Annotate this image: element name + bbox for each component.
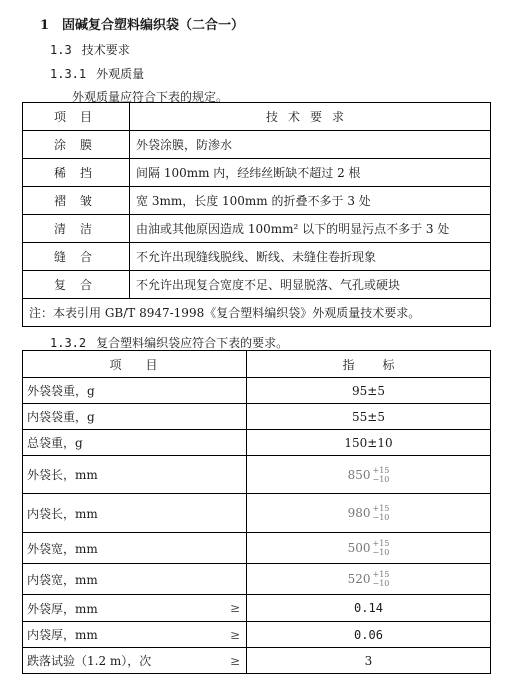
- row-value: 95±5: [247, 378, 491, 404]
- row-item: 外袋袋重，g: [23, 378, 247, 404]
- row-item-label: 内袋厚，mm: [27, 628, 98, 642]
- row-requirement: 外袋涂膜，防渗水: [130, 131, 491, 159]
- row-item-label: 外袋厚，mm: [27, 602, 98, 616]
- appearance-quality-table: 项目 技术要求 涂膜 外袋涂膜，防渗水 稀挡 间隔 100mm 内，经纬丝断缺不…: [22, 102, 491, 327]
- table-note: 注：本表引用 GB/T 8947-1998《复合塑料编织袋》外观质量技术要求。: [23, 299, 491, 327]
- row-item-label: 跌落试验（1.2 m），次: [27, 654, 151, 668]
- table-row: 稀挡 间隔 100mm 内，经纬丝断缺不超过 2 根: [23, 159, 491, 187]
- heading-title: 外观质量: [96, 67, 144, 81]
- section-heading-1: 1固碱复合塑料编织袋（二合一）: [40, 14, 244, 33]
- table-row: 涂膜 外袋涂膜，防渗水: [23, 131, 491, 159]
- heading-title: 技术要求: [82, 43, 130, 57]
- row-value: 150±10: [247, 430, 491, 456]
- row-value: 3: [247, 648, 491, 674]
- header-item-label: 项目: [85, 358, 181, 372]
- table-row: 内袋宽，mm 520+15−10: [23, 564, 491, 595]
- row-item: 外袋厚，mm≥: [23, 595, 247, 622]
- table-row: 外袋袋重，g 95±5: [23, 378, 491, 404]
- table-row: 内袋袋重，g 55±5: [23, 404, 491, 430]
- heading-number: 1.3.2: [50, 336, 86, 350]
- header-item: 项目: [23, 103, 130, 131]
- row-item: 缝合: [23, 243, 130, 271]
- header-item: 项目: [23, 351, 247, 378]
- table-row: 外袋厚，mm≥ 0.14: [23, 595, 491, 622]
- greater-equal-sign: ≥: [230, 628, 240, 642]
- table-row: 外袋宽，mm 500+15−10: [23, 533, 491, 564]
- table-row: 内袋厚，mm≥ 0.06: [23, 622, 491, 648]
- greater-equal-sign: ≥: [230, 601, 240, 615]
- tolerance-plus: +15: [373, 466, 390, 475]
- row-item: 外袋长，mm: [23, 456, 247, 494]
- row-requirement: 不允许出现缝线脱线、断线、未缝住卷折现象: [130, 243, 491, 271]
- row-requirement: 宽 3mm，长度 100mm 的折叠不多于 3 处: [130, 187, 491, 215]
- row-value: 980+15−10: [247, 494, 491, 533]
- row-item: 清洁: [23, 215, 130, 243]
- nominal-value: 500: [348, 541, 371, 555]
- row-item: 外袋宽，mm: [23, 533, 247, 564]
- tolerance-minus: −10: [373, 475, 390, 484]
- tolerance-plus: +15: [373, 570, 390, 579]
- table-row: 内袋长，mm 980+15−10: [23, 494, 491, 533]
- header-value-label: 指标: [314, 358, 422, 372]
- row-value: 0.06: [247, 622, 491, 648]
- nominal-value: 980: [348, 506, 371, 520]
- row-item: 涂膜: [23, 131, 130, 159]
- nominal-value: 850: [348, 468, 371, 482]
- tolerance-minus: −10: [373, 513, 390, 522]
- row-item: 内袋宽，mm: [23, 564, 247, 595]
- tolerance-plus: +15: [373, 504, 390, 513]
- header-requirement: 技术要求: [130, 103, 491, 131]
- table-note-row: 注：本表引用 GB/T 8947-1998《复合塑料编织袋》外观质量技术要求。: [23, 299, 491, 327]
- tolerance-minus: −10: [373, 548, 390, 557]
- heading-number: 1: [40, 18, 62, 33]
- row-value: 500+15−10: [247, 533, 491, 564]
- section-heading-1-3-1: 1.3.1外观质量: [50, 65, 144, 82]
- nominal-value: 520: [348, 572, 371, 586]
- tolerance-minus: −10: [373, 579, 390, 588]
- row-item: 复合: [23, 271, 130, 299]
- table-header-row: 项目 技术要求: [23, 103, 491, 131]
- header-value: 指标: [247, 351, 491, 378]
- table-row: 复合 不允许出现复合宽度不足、明显脱落、气孔或硬块: [23, 271, 491, 299]
- table-row: 总袋重，g 150±10: [23, 430, 491, 456]
- row-value: 55±5: [247, 404, 491, 430]
- row-requirement: 间隔 100mm 内，经纬丝断缺不超过 2 根: [130, 159, 491, 187]
- row-item: 跌落试验（1.2 m），次≥: [23, 648, 247, 674]
- row-item: 稀挡: [23, 159, 130, 187]
- row-item: 内袋厚，mm≥: [23, 622, 247, 648]
- row-value: 520+15−10: [247, 564, 491, 595]
- table-row: 清洁 由油或其他原因造成 100mm² 以下的明显污点不多于 3 处: [23, 215, 491, 243]
- heading-title: 复合塑料编织袋应符合下表的要求。: [96, 336, 288, 350]
- table-header-row: 项目 指标: [23, 351, 491, 378]
- heading-number: 1.3.1: [50, 67, 86, 81]
- tolerance-plus: +15: [373, 539, 390, 548]
- row-item: 内袋袋重，g: [23, 404, 247, 430]
- heading-title: 固碱复合塑料编织袋（二合一）: [62, 18, 244, 33]
- row-value: 850+15−10: [247, 456, 491, 494]
- specification-table: 项目 指标 外袋袋重，g 95±5 内袋袋重，g 55±5 总袋重，g 150±…: [22, 350, 491, 674]
- table-row: 跌落试验（1.2 m），次≥ 3: [23, 648, 491, 674]
- table-row: 褶皱 宽 3mm，长度 100mm 的折叠不多于 3 处: [23, 187, 491, 215]
- row-item: 总袋重，g: [23, 430, 247, 456]
- section-heading-1-3-2: 1.3.2复合塑料编织袋应符合下表的要求。: [50, 334, 288, 351]
- row-item: 褶皱: [23, 187, 130, 215]
- table-row: 外袋长，mm 850+15−10: [23, 456, 491, 494]
- heading-number: 1.3: [50, 43, 72, 57]
- row-requirement: 不允许出现复合宽度不足、明显脱落、气孔或硬块: [130, 271, 491, 299]
- section-heading-1-3: 1.3技术要求: [50, 41, 130, 58]
- table-row: 缝合 不允许出现缝线脱线、断线、未缝住卷折现象: [23, 243, 491, 271]
- row-item: 内袋长，mm: [23, 494, 247, 533]
- row-value: 0.14: [247, 595, 491, 622]
- greater-equal-sign: ≥: [230, 654, 240, 668]
- row-requirement: 由油或其他原因造成 100mm² 以下的明显污点不多于 3 处: [130, 215, 491, 243]
